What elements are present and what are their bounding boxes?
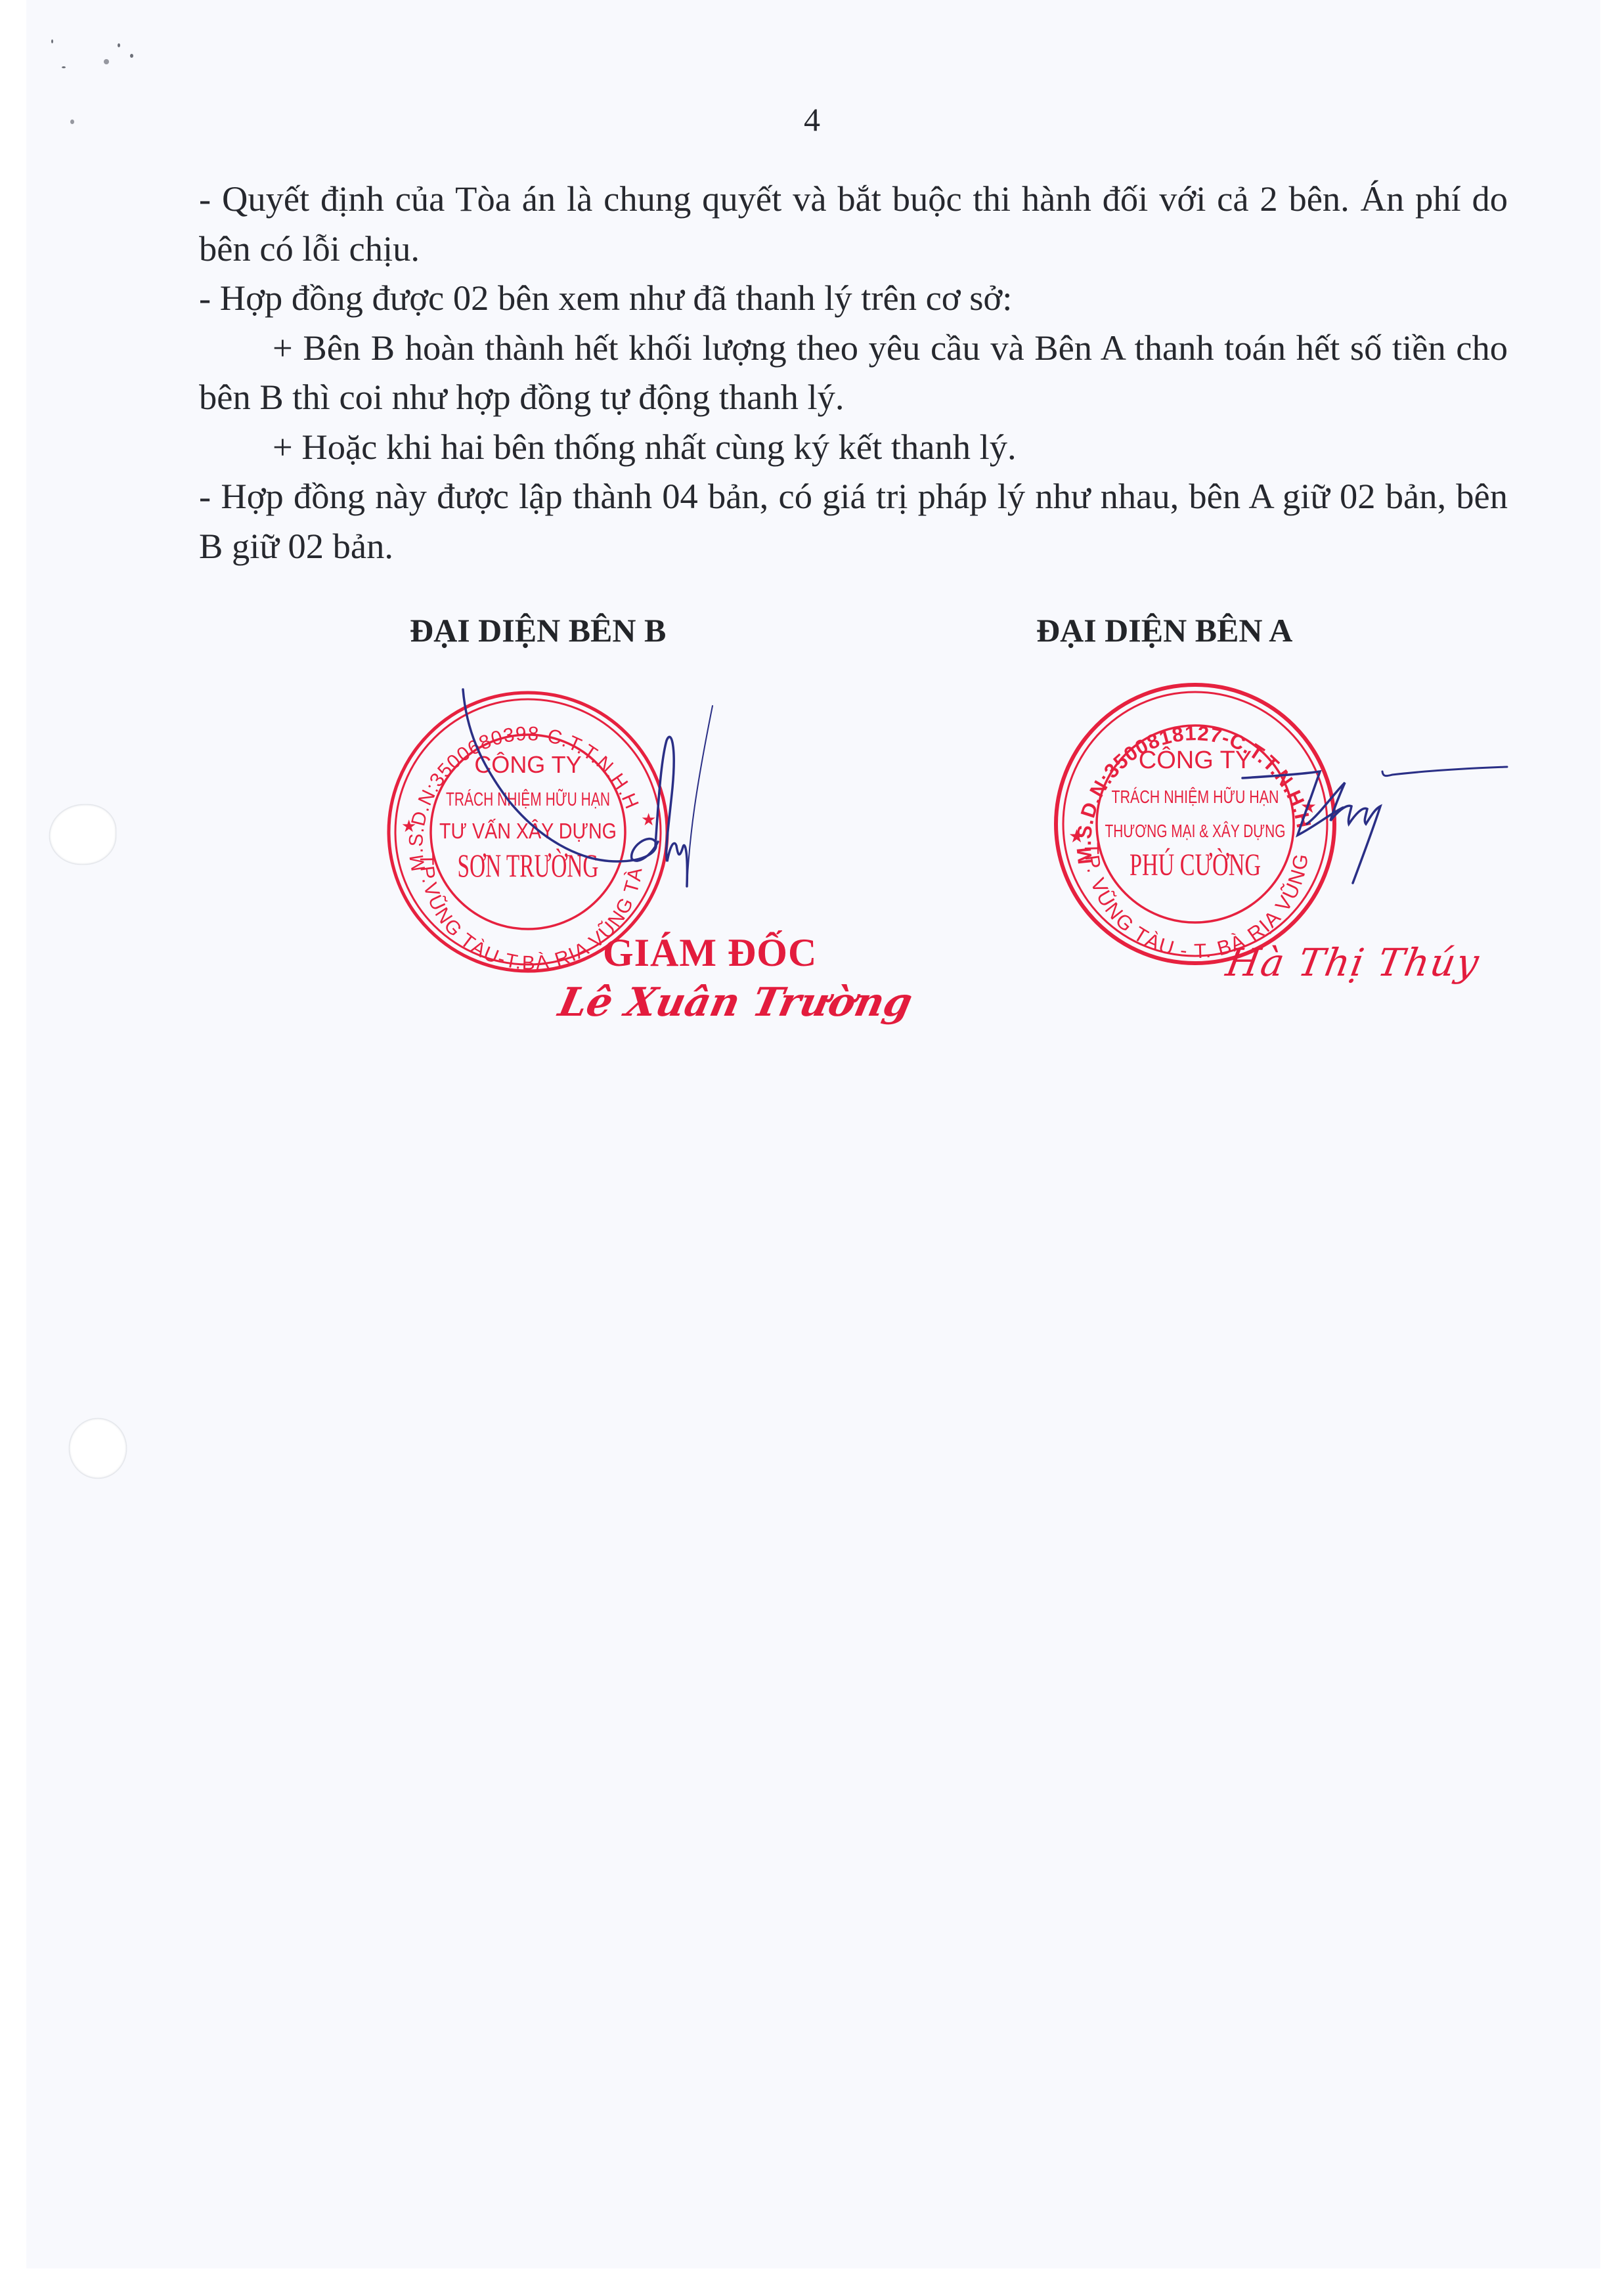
scan-speck <box>62 66 66 68</box>
party-b-signature <box>447 689 722 913</box>
party-b-title-stamp: GIÁM ĐỐC <box>603 930 817 975</box>
scan-speck <box>130 54 133 58</box>
contract-paragraph: + Hoặc khi hai bên thống nhất cùng ký kế… <box>199 422 1508 472</box>
contract-paragraph: - Quyết định của Tòa án là chung quyết v… <box>199 174 1508 273</box>
party-b-name-stamp: Lê Xuân Trường <box>555 980 917 1026</box>
contract-paragraph: + Bên B hoàn thành hết khối lượng theo y… <box>199 323 1508 422</box>
svg-text:★: ★ <box>401 816 416 836</box>
party-a-heading: ĐẠI DIỆN BÊN A <box>1036 611 1292 650</box>
contract-body: - Quyết định của Tòa án là chung quyết v… <box>199 174 1508 571</box>
punch-hole <box>49 804 116 865</box>
scan-speck <box>51 39 53 43</box>
svg-text:★: ★ <box>1068 826 1085 846</box>
party-a-name-stamp: Hà Thị Thúy <box>1223 940 1483 985</box>
party-a-signature <box>1235 768 1510 899</box>
scan-speck <box>118 43 120 47</box>
page-number: 4 <box>0 100 1624 139</box>
contract-paragraph: - Hợp đồng này được lập thành 04 bản, có… <box>199 471 1508 571</box>
party-b-heading: ĐẠI DIỆN BÊN B <box>410 611 666 650</box>
contract-paragraph: - Hợp đồng được 02 bên xem như đã thanh … <box>199 273 1508 323</box>
scan-speck <box>104 59 109 64</box>
punch-hole <box>69 1418 127 1479</box>
